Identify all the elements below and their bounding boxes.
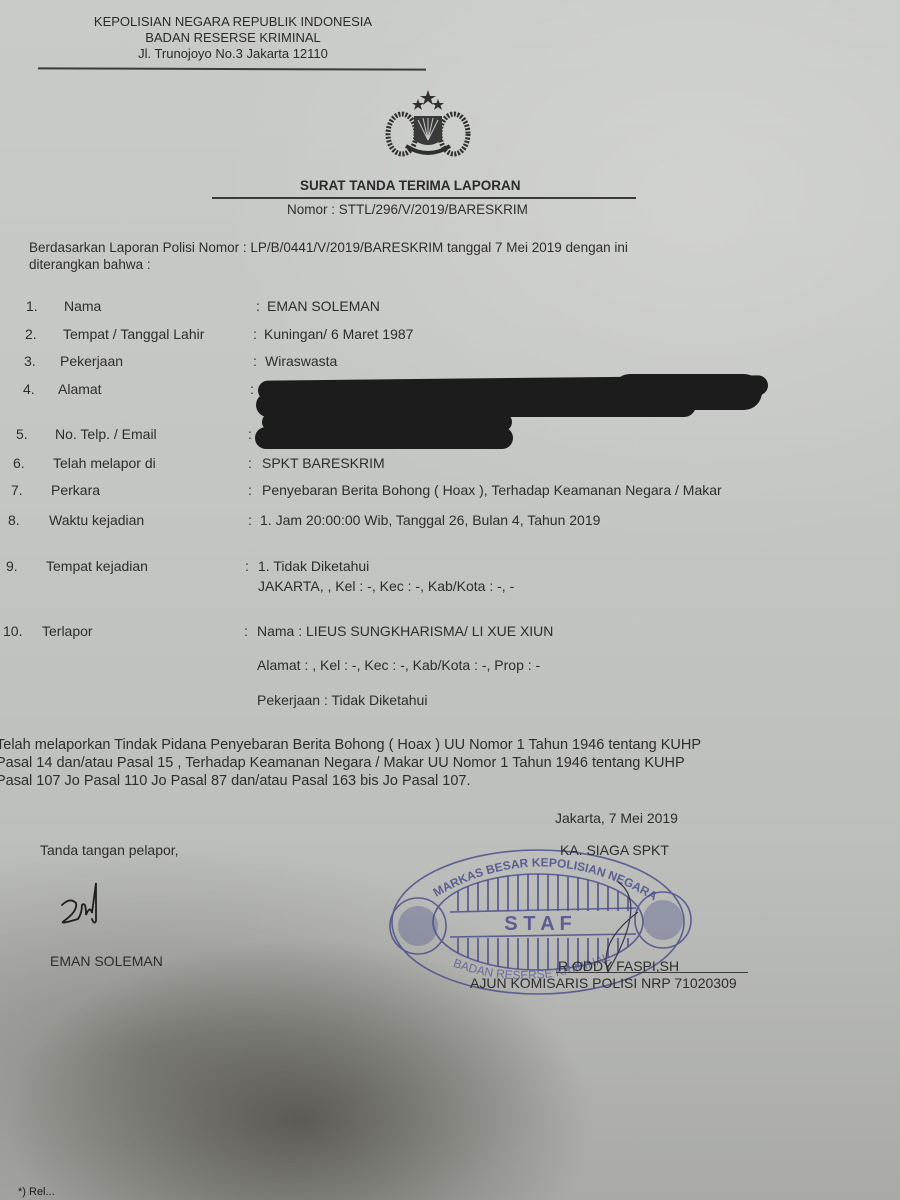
- field-label: Waktu kejadian: [49, 512, 144, 528]
- title-underline: [212, 197, 636, 199]
- officer-title: KA. SIAGA SPKT: [560, 842, 669, 858]
- field-number: 7.: [11, 482, 23, 498]
- statement-line3: Pasal 107 Jo Pasal 110 Jo Pasal 87 dan/a…: [0, 773, 471, 789]
- reporter-name: EMAN SOLEMAN: [50, 953, 163, 969]
- field-label: Telah melapor di: [53, 455, 156, 471]
- field-label: No. Telp. / Email: [55, 426, 157, 442]
- reporter-signature-icon: [52, 875, 112, 935]
- field-colon: :: [248, 512, 252, 528]
- document-title: SURAT TANDA TERIMA LAPORAN: [300, 178, 520, 193]
- officer-rank: AJUN KOMISARIS POLISI NRP 71020309: [470, 975, 737, 991]
- field-value: SPKT BARESKRIM: [262, 455, 385, 471]
- intro-line2: diterangkan bahwa :: [29, 257, 151, 272]
- letterhead-line1: KEPOLISIAN NEGARA REPUBLIK INDONESIA: [33, 14, 433, 29]
- field-label: Terlapor: [42, 623, 93, 639]
- svg-text:S T A F: S T A F: [504, 913, 571, 935]
- field-colon: :: [248, 426, 252, 442]
- field-colon: :: [256, 298, 260, 314]
- field-number: 1.: [26, 298, 38, 314]
- field-number: 10.: [3, 623, 22, 639]
- place-date: Jakarta, 7 Mei 2019: [555, 810, 678, 826]
- field-value: Alamat : , Kel : -, Kec : -, Kab/Kota : …: [257, 657, 540, 673]
- field-colon: :: [253, 326, 257, 342]
- field-value: 1. Jam 20:00:00 Wib, Tanggal 26, Bulan 4…: [260, 512, 600, 528]
- field-value: Kuningan/ 6 Maret 1987: [264, 326, 413, 342]
- field-number: 6.: [13, 455, 25, 471]
- field-number: 9.: [6, 558, 18, 574]
- field-colon: :: [248, 482, 252, 498]
- field-number: 8.: [8, 512, 20, 528]
- letterhead-line3: Jl. Trunojoyo No.3 Jakarta 12110: [33, 46, 433, 61]
- field-number: 2.: [25, 326, 37, 342]
- field-number: 5.: [16, 426, 28, 442]
- field-value: JAKARTA, , Kel : -, Kec : -, Kab/Kota : …: [258, 578, 514, 594]
- statement-line1: Telah melaporkan Tindak Pidana Penyebara…: [0, 737, 701, 753]
- field-label: Nama: [64, 298, 101, 314]
- field-value: Wiraswasta: [265, 353, 337, 369]
- field-label: Tempat kejadian: [46, 558, 148, 574]
- field-colon: :: [250, 381, 254, 397]
- officer-signature-line: [556, 972, 748, 973]
- field-number: 4.: [23, 381, 35, 397]
- field-value: EMAN SOLEMAN: [267, 298, 380, 314]
- field-number: 3.: [24, 353, 36, 369]
- field-label: Perkara: [51, 482, 100, 498]
- reporter-caption: Tanda tangan pelapor,: [40, 842, 179, 858]
- letterhead-line2: BADAN RESERSE KRIMINAL: [33, 30, 433, 45]
- statement-line2: Pasal 14 dan/atau Pasal 15 , Terhadap Ke…: [0, 755, 685, 771]
- field-colon: :: [248, 455, 252, 471]
- field-value: 1. Tidak Diketahui: [258, 558, 369, 574]
- field-label: Alamat: [58, 381, 102, 397]
- field-value: Nama : LIEUS SUNGKHARISMA/ LI XUE XIUN: [257, 623, 553, 639]
- field-value: Pekerjaan : Tidak Diketahui: [257, 692, 427, 708]
- footer-note: *) Rel...: [18, 1186, 55, 1198]
- redaction-mark: [255, 427, 513, 449]
- field-colon: :: [253, 353, 257, 369]
- field-value: Penyebaran Berita Bohong ( Hoax ), Terha…: [262, 482, 722, 498]
- field-label: Tempat / Tanggal Lahir: [63, 326, 204, 342]
- intro-line1: Berdasarkan Laporan Polisi Nomor : LP/B/…: [29, 240, 628, 255]
- field-colon: :: [244, 623, 248, 639]
- redaction-mark: [612, 374, 762, 410]
- document-number: Nomor : STTL/296/V/2019/BARESKRIM: [287, 202, 528, 217]
- field-colon: :: [245, 558, 249, 574]
- field-label: Pekerjaan: [60, 353, 123, 369]
- police-emblem-icon: [384, 88, 472, 160]
